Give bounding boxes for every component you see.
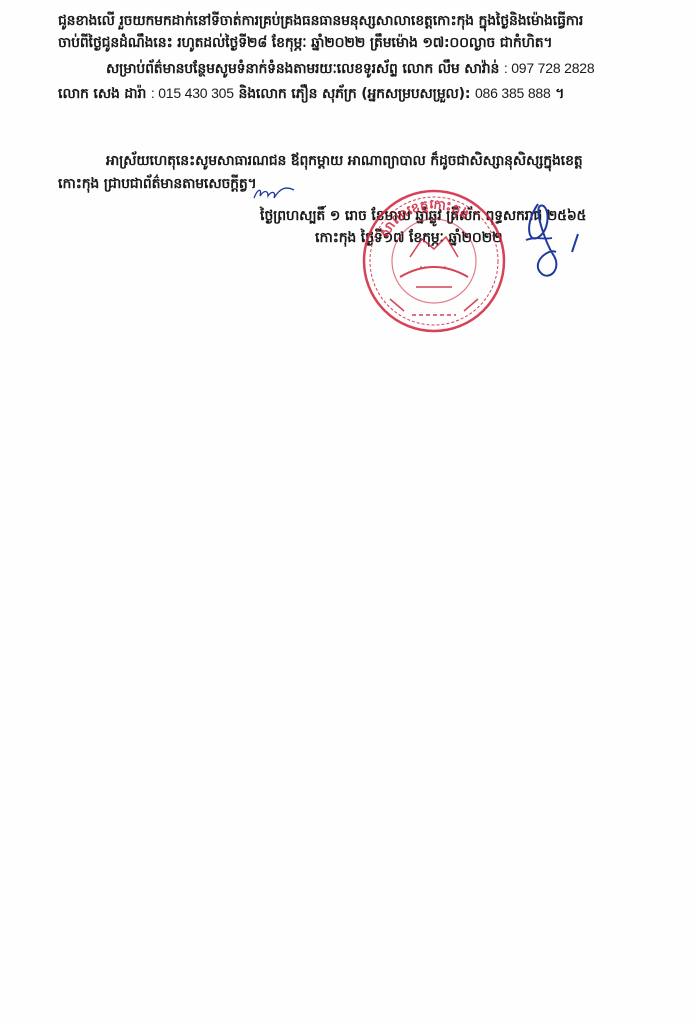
contact-end-mark: ។: [551, 86, 565, 102]
phone-number-3: 086 385 888: [475, 85, 551, 101]
contact-line2: លោក សេង ដារ៉ា : 015 430 305 និងលោក ភឿន ស…: [58, 83, 564, 104]
svg-text:សាលាខេត្តកោះកុង: សាលាខេត្តកោះកុង: [377, 197, 471, 241]
paragraph1-line2: ចាប់ពីថ្ងៃជូនដំណឹងនេះ រហូតដល់ថ្ងៃទី២៨ ខែ…: [58, 33, 552, 53]
paragraph2-line2: កោះកុង ជ្រាបជាព័ត៌មានតាមសេចក្ដីត្វ។: [58, 174, 257, 194]
contact-connector: និងលោក ភឿន សុភ័ក្រ (អ្នកសម្របសម្រួល):: [234, 86, 475, 102]
initials-mark-icon: [250, 184, 298, 204]
document-page: ជូនខាងលើ រួចយកមកដាក់នៅទីចាត់ការគ្រប់គ្រង…: [0, 0, 697, 1024]
paragraph2-line1: អាស្រ័យហេតុនេះសូមសាធារណជន ឪពុកម្ដាយ អាណា…: [106, 151, 648, 171]
paragraph1-line1: ជូនខាងលើ រួចយកមកដាក់នៅទីចាត់ការគ្រប់គ្រង…: [58, 11, 648, 31]
phone-number-2: : 015 430 305: [151, 85, 234, 101]
contact-intro: សម្រាប់ព័ត៌មានបន្ថែមសូមទំនាក់ទំនងតាមរយៈល…: [106, 61, 504, 77]
official-seal-icon: សាលាខេត្តកោះកុង: [360, 187, 508, 335]
contact-line1: សម្រាប់ព័ត៌មានបន្ថែមសូមទំនាក់ទំនងតាមរយៈល…: [106, 58, 594, 79]
contact-person2: លោក សេង ដារ៉ា: [58, 86, 151, 102]
signature-icon: [518, 196, 598, 286]
phone-number-1: : 097 728 2828: [504, 60, 595, 76]
